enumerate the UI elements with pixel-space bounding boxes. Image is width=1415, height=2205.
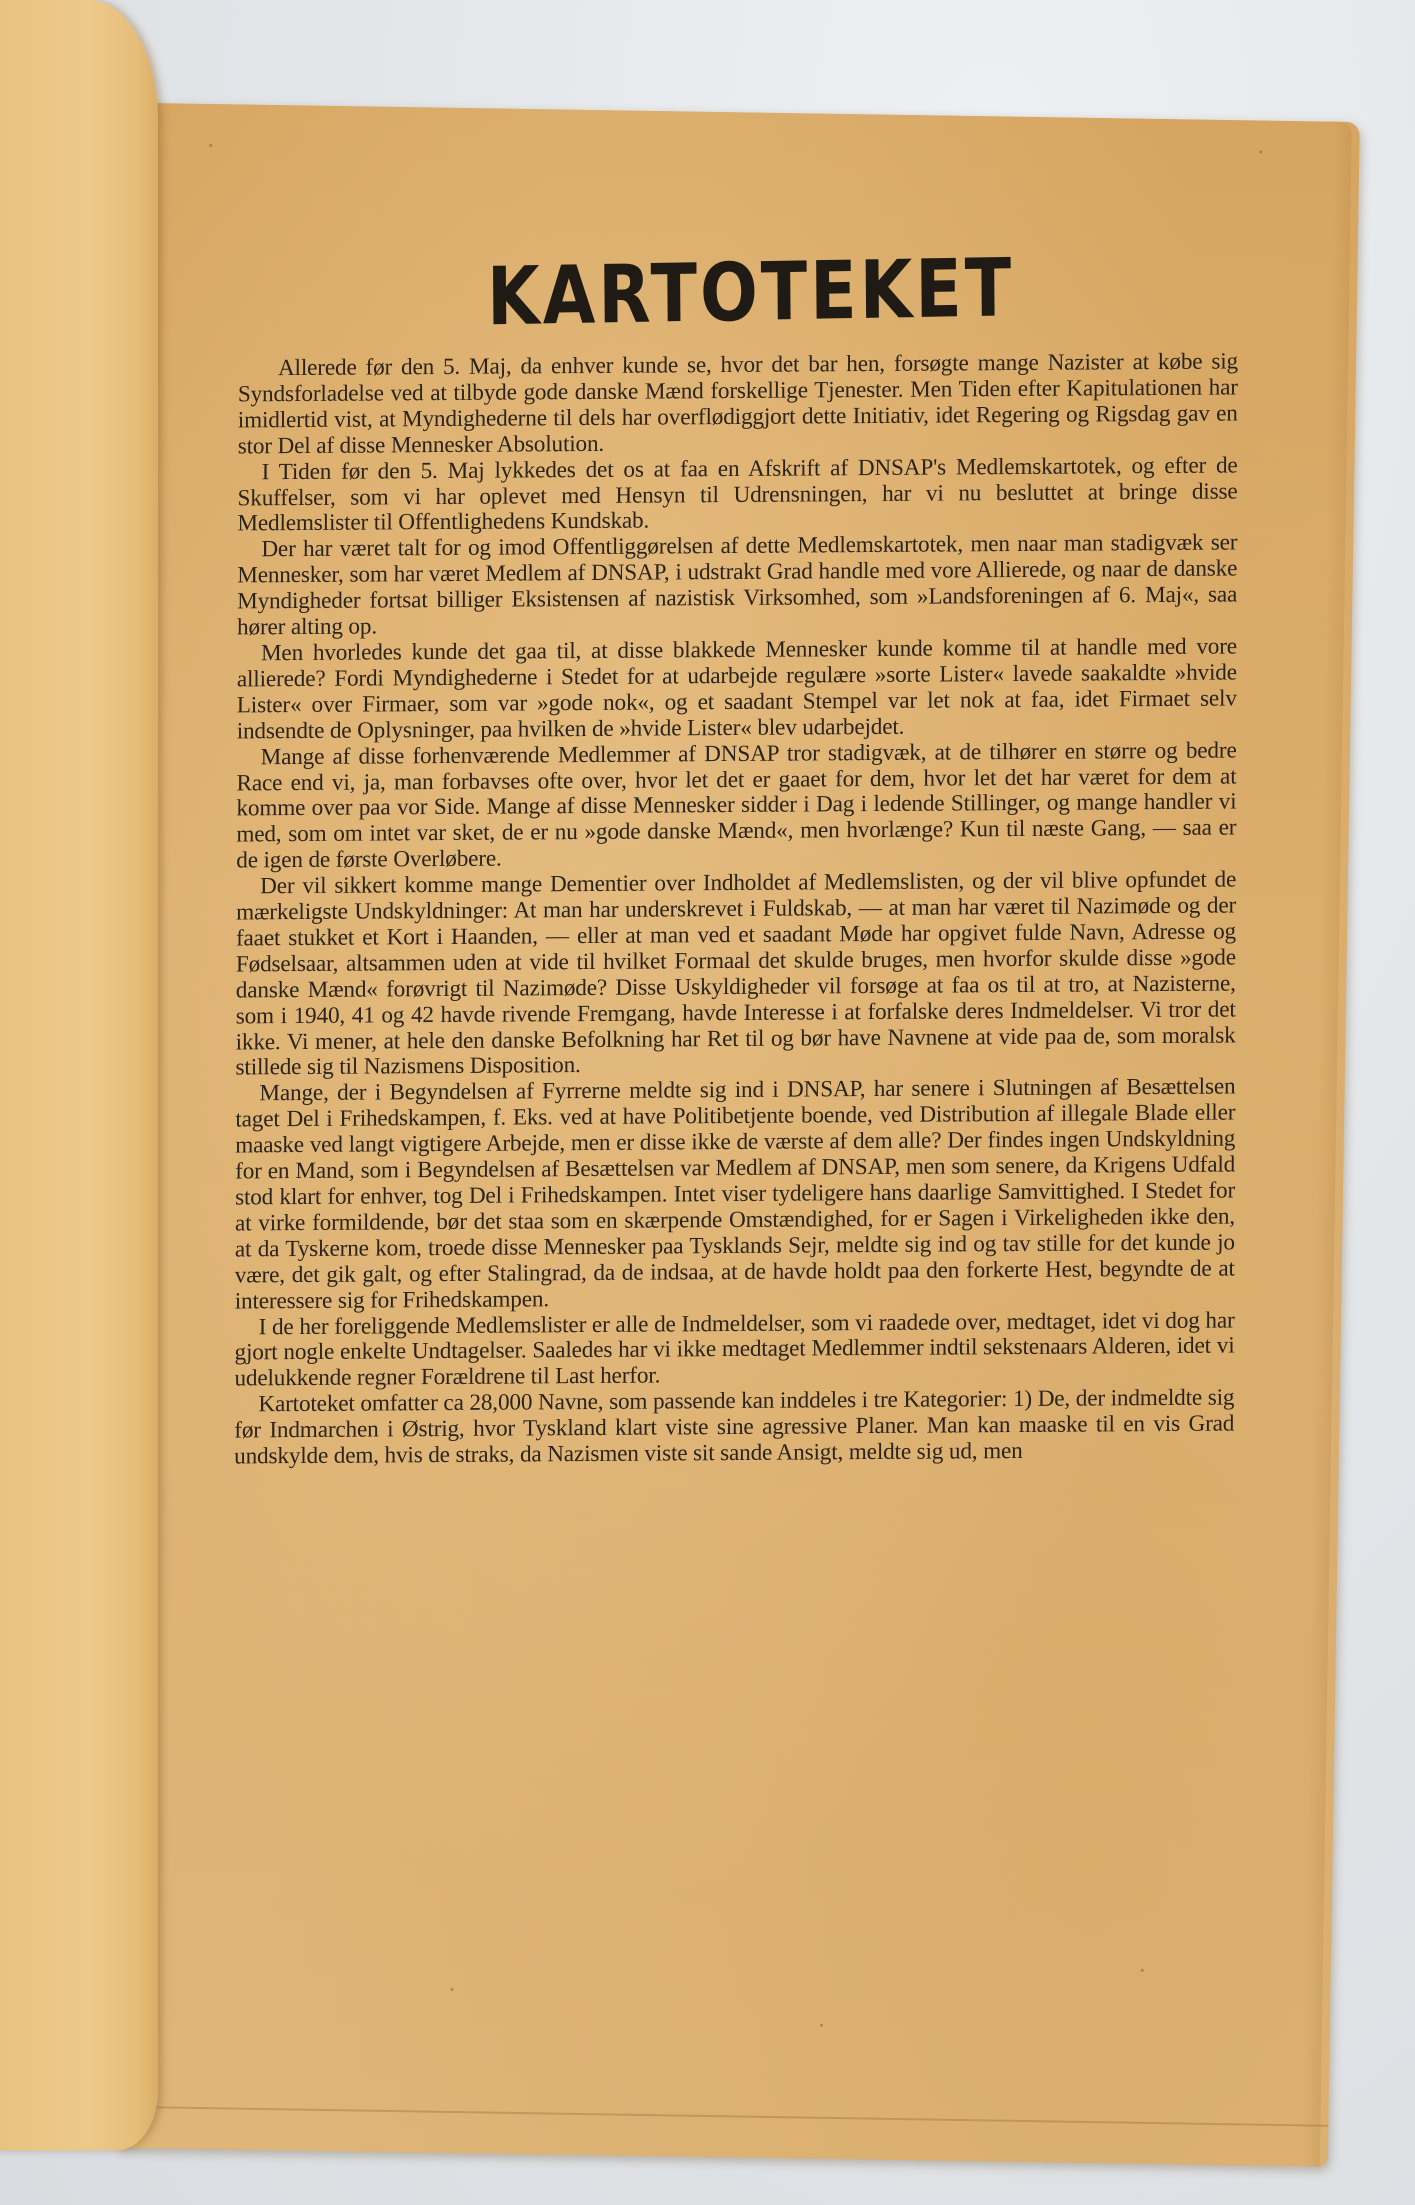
paper-speck — [1141, 1969, 1144, 1972]
paragraph: Men hvorledes kunde det gaa til, at diss… — [237, 634, 1237, 745]
paragraph: Allerede før den 5. Maj, da enhver kunde… — [238, 349, 1238, 460]
paragraph: Der har været talt for og imod Offentlig… — [237, 531, 1237, 642]
paper-speck — [450, 1988, 453, 1991]
page-title: KARTOTEKET — [487, 242, 1015, 344]
back-page — [0, 0, 158, 2150]
article-body: Allerede før den 5. Maj, da enhver kunde… — [234, 349, 1238, 1470]
booklet-page: KARTOTEKET Allerede før den 5. Maj, da e… — [118, 103, 1360, 2167]
paragraph: Der vil sikkert komme mange Dementier ov… — [235, 868, 1236, 1082]
paragraph: Mange af disse forhenværende Medlemmer a… — [236, 738, 1236, 875]
page-edge-line — [119, 2106, 1329, 2127]
paragraph: I Tiden før den 5. Maj lykkedes det os a… — [237, 453, 1237, 538]
paper-speck — [820, 2024, 823, 2027]
paragraph: I de her foreliggende Medlemslister er a… — [234, 1308, 1234, 1393]
paper-speck — [1259, 150, 1262, 153]
paragraph: Mange, der i Begyndelsen af Fyrrerne mel… — [235, 1075, 1236, 1315]
paper-speck — [209, 144, 212, 147]
paragraph: Kartoteket omfatter ca 28,000 Navne, som… — [234, 1386, 1234, 1471]
